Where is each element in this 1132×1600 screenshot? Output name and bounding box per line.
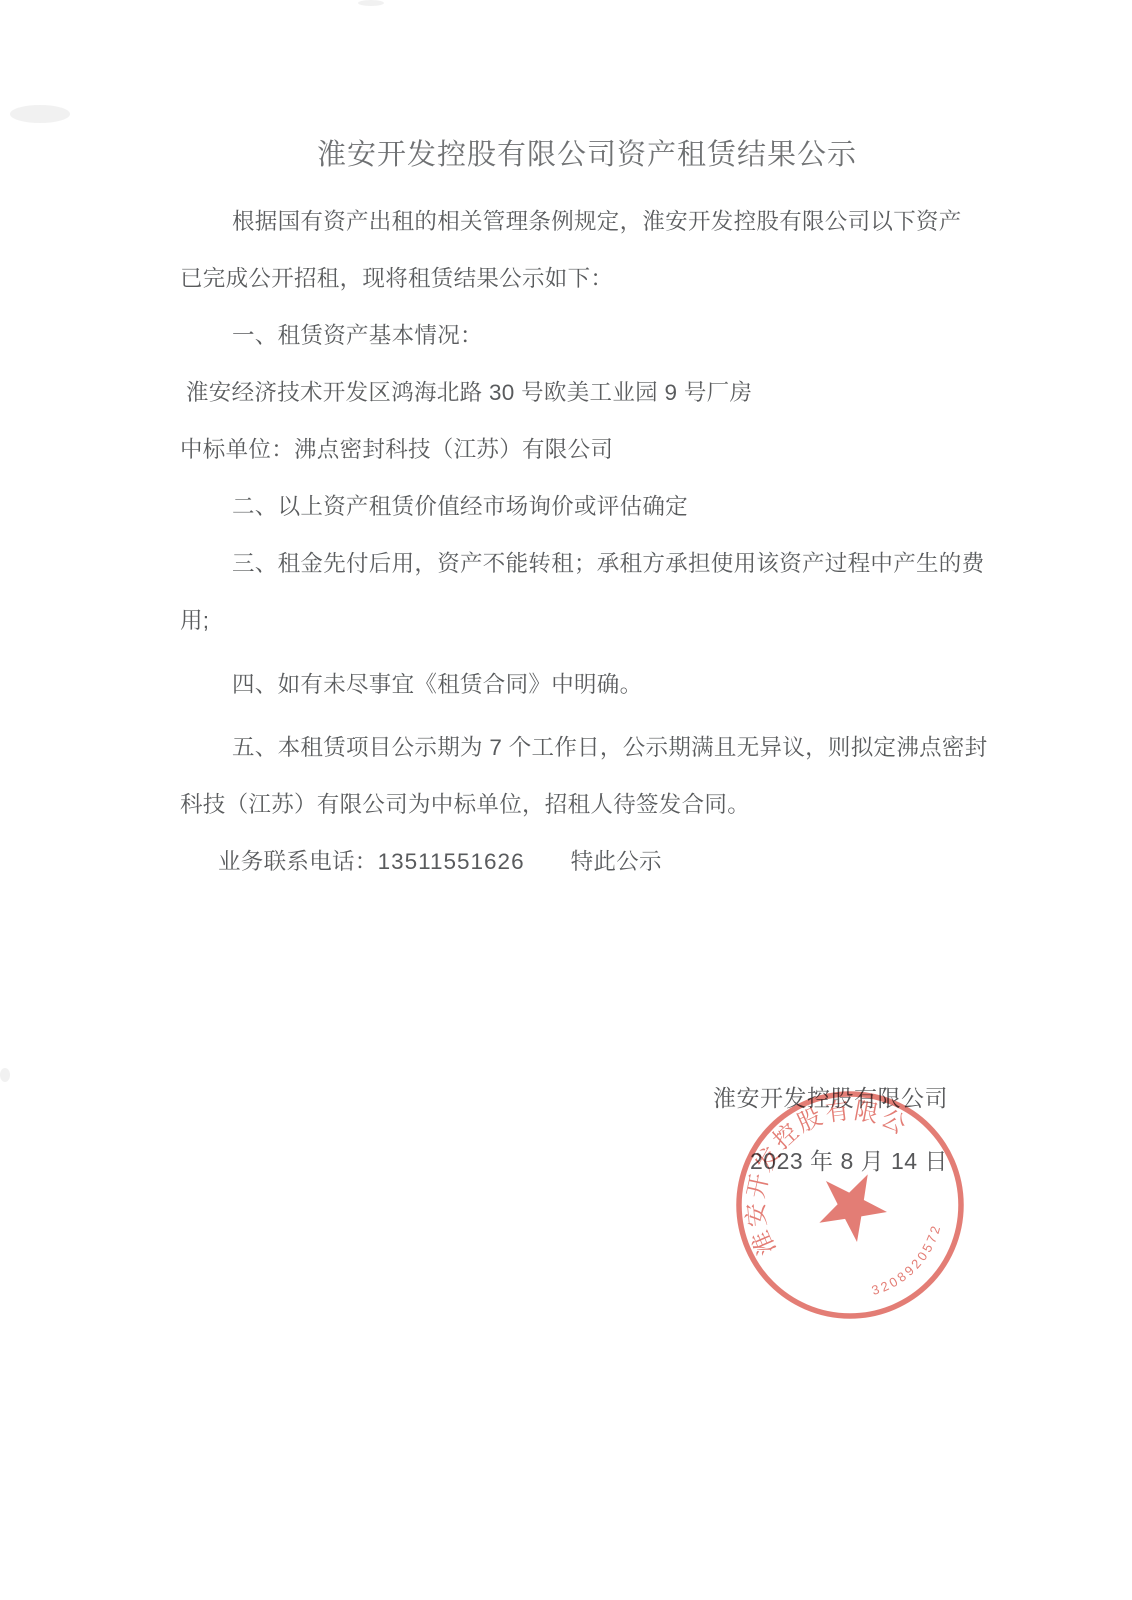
item-5-line-1: 五、本租赁项目公示期为 7 个工作日，公示期满且无异议，则拟定沸点密封: [180, 719, 954, 776]
document-title: 淮安开发控股有限公司资产租赁结果公示: [200, 133, 974, 177]
asset-address: 淮安经济技术开发区鸿海北路 30 号欧美工业园 9 号厂房: [180, 364, 954, 421]
item-1-heading: 一、租赁资产基本情况：: [180, 307, 954, 364]
seal-code-text: 3208920572: [864, 1216, 955, 1307]
item-2: 二、以上资产租赁价值经市场询价或评估确定: [180, 478, 954, 535]
item-4: 四、如有未尽事宜《租赁合同》中明确。: [180, 656, 954, 713]
signature-company: 淮安开发控股有限公司: [713, 1083, 948, 1113]
document-body: 淮安开发控股有限公司资产租赁结果公示 根据国有资产出租的相关管理条例规定，淮安开…: [180, 133, 954, 890]
item-5-line-2: 科技（江苏）有限公司为中标单位，招租人待签发合同。: [180, 776, 954, 833]
contact-line: 业务联系电话：13511551626特此公示: [180, 833, 954, 890]
intro-line-2: 已完成公开招租，现将租赁结果公示如下：: [180, 250, 954, 307]
scan-artifact: [358, 0, 384, 6]
signature-block: 淮安开发控股有限公司 2023 年 8 月 14 日: [713, 1083, 948, 1176]
scan-artifact: [10, 105, 70, 123]
item-3-line-2: 用;: [180, 592, 954, 649]
document-text: 根据国有资产出租的相关管理条例规定，淮安开发控股有限公司以下资产 已完成公开招租…: [180, 193, 954, 890]
contact-label: 业务联系电话：: [218, 849, 378, 874]
notice-text: 特此公示: [571, 849, 662, 874]
svg-text:3208920572: 3208920572: [864, 1216, 955, 1307]
item-3-line-1: 三、租金先付后用，资产不能转租；承租方承担使用该资产过程中产生的费: [180, 535, 954, 592]
signature-date: 2023 年 8 月 14 日: [713, 1146, 948, 1176]
scanned-document-page: 淮安开发控股有限公司资产租赁结果公示 根据国有资产出租的相关管理条例规定，淮安开…: [0, 0, 1132, 1600]
scan-artifact: [0, 1068, 10, 1082]
intro-line-1: 根据国有资产出租的相关管理条例规定，淮安开发控股有限公司以下资产: [180, 193, 954, 250]
winning-bidder-line: 中标单位：沸点密封科技（江苏）有限公司: [180, 421, 954, 478]
contact-phone: 13511551626: [378, 849, 525, 874]
